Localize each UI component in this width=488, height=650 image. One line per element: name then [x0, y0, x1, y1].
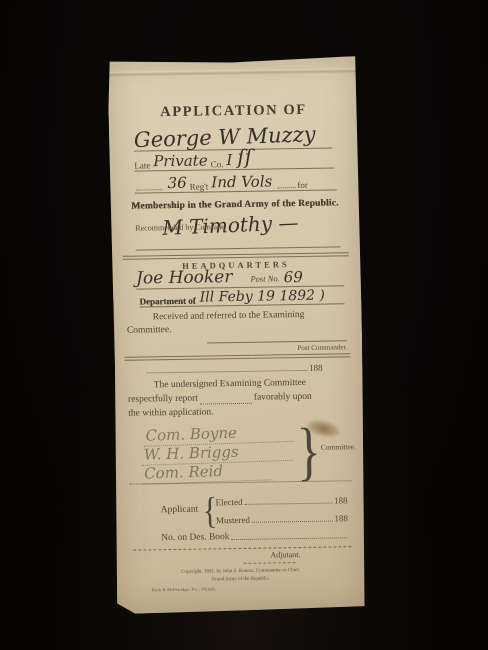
post-number-label: Post No.: [250, 273, 279, 283]
regiment-label: Reg't: [190, 181, 209, 191]
regiment-unit-handwriting: Ind Vols: [211, 172, 272, 191]
examining-line2b: favorably upon: [254, 391, 312, 406]
mustered-label: Mustered: [216, 515, 250, 526]
descriptive-book-line: No. on Des. Book: [161, 527, 349, 543]
adjutant-rule: [133, 546, 351, 550]
signature-rule: [136, 246, 341, 250]
mustered-year-188: 188: [334, 513, 348, 523]
rank-handwriting: Private: [153, 151, 208, 170]
regiment-line: 36 Reg't Ind Vols for: [134, 168, 336, 193]
elected-label: Elected: [216, 497, 243, 507]
recommender-signature: M Timothy —: [162, 210, 299, 240]
date-188-line: 188: [144, 361, 322, 376]
department-label: Department of: [139, 296, 195, 307]
elected-year-188: 188: [334, 495, 348, 505]
dotted-leader: [245, 503, 333, 505]
applicant-name-handwriting: George W Muzzy: [134, 122, 316, 152]
mustered-line: Mustered 188: [216, 511, 348, 525]
post-line: Joe Hooker Post No. 69: [136, 262, 344, 289]
company-handwriting: I: [226, 151, 232, 169]
dotted-leader: [200, 402, 252, 404]
year-188-text: 188: [309, 363, 323, 373]
dotted-leader: [147, 370, 307, 374]
application-form-paper: APPLICATION OF George W Muzzy Late Priva…: [108, 56, 367, 614]
applicant-name-line: George W Muzzy: [134, 120, 332, 151]
blank-leader: [137, 189, 163, 190]
department-line: Department of Ill Feby 19 1892 ): [139, 286, 344, 307]
dotted-leader: [232, 537, 348, 540]
post-number-handwriting: 69: [284, 268, 303, 286]
applicant-label: Applicant: [161, 505, 199, 516]
photo-background: APPLICATION OF George W Muzzy Late Priva…: [0, 0, 488, 650]
elected-line: Elected 188: [216, 493, 348, 507]
red-edge-stain: [110, 300, 114, 346]
copyright-notice: Copyright, 1891, by John S. Kountz, Comm…: [116, 566, 366, 585]
double-rule: [124, 353, 350, 361]
blank-leader: [277, 187, 295, 188]
regiment-number-handwriting: 36: [167, 174, 186, 192]
committee-label: Committee.: [321, 442, 356, 452]
membership-heading: Membership in the Grand Army of the Repu…: [110, 198, 360, 212]
printer-imprint: Burk & McFetridge, Prs., Philada.: [152, 586, 217, 592]
post-name-handwriting: Joe Hooker: [136, 267, 233, 289]
late-label: Late: [134, 160, 150, 170]
department-date-handwriting: Ill Feby 19 1892 ): [200, 288, 326, 306]
received-paragraph: Received and referred to the Examining C…: [127, 308, 349, 338]
pen-flourish: ſſ: [237, 145, 252, 169]
for-label: for: [297, 180, 308, 190]
dotted-leader: [252, 521, 333, 523]
company-label: Co.: [211, 159, 224, 169]
form-title: APPLICATION OF: [108, 101, 358, 122]
paper-fold-crease: [108, 68, 358, 77]
adjutant-label: Adjutant.: [270, 550, 300, 559]
des-book-label: No. on Des. Book: [161, 532, 230, 543]
adjutant-small-rule: [244, 562, 296, 564]
examining-line2a: respectfully report: [128, 392, 198, 407]
